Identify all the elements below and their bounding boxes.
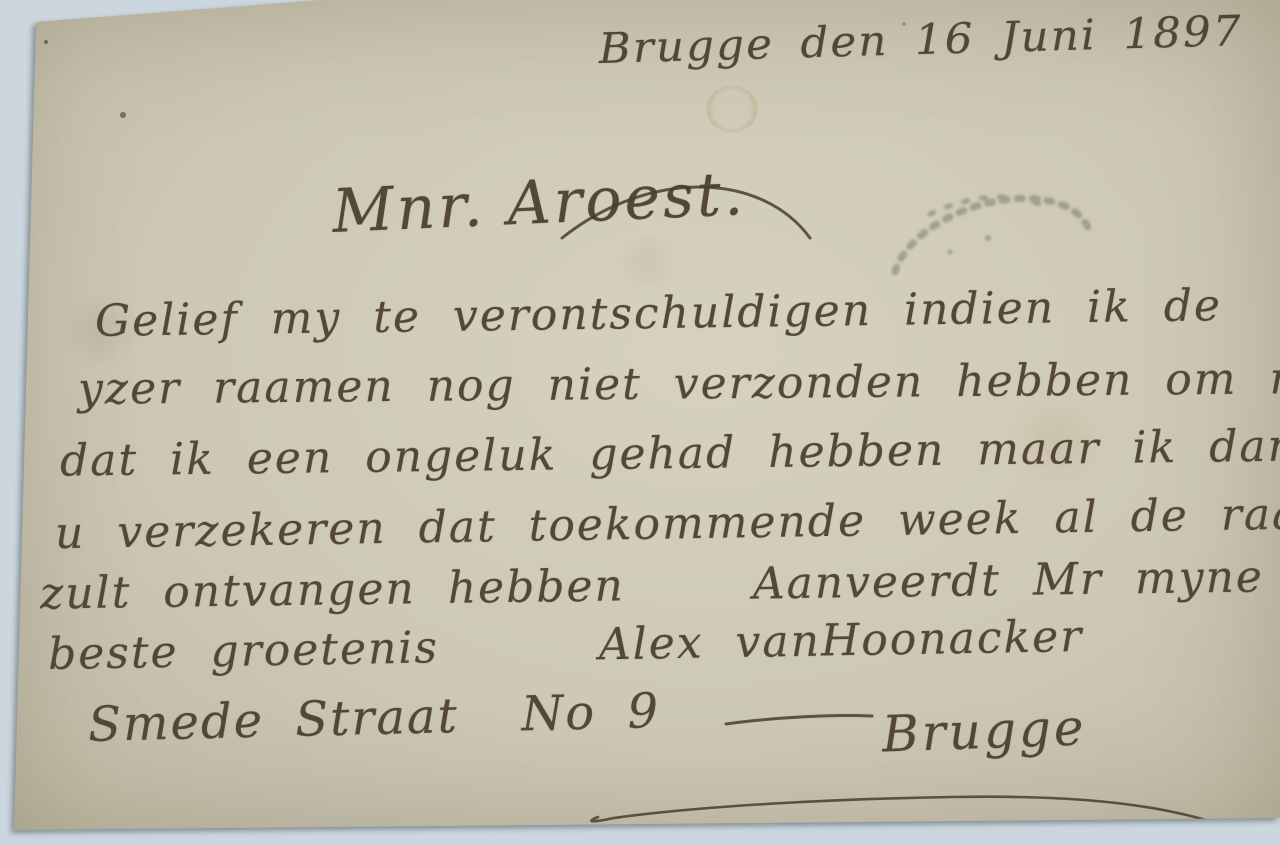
salutation: Mnr. Aroest. — [331, 159, 748, 247]
signature-city: Brugge — [881, 698, 1087, 763]
paper-stain — [612, 236, 682, 290]
address-line: Smede Straat No 9 — [87, 683, 660, 753]
body-line: zult ontvangen hebben Aanveerdt Mr myne — [40, 551, 1265, 619]
ink-speck — [120, 112, 126, 118]
dateline: Brugge den 16 Juni 1897 — [598, 6, 1243, 73]
body-line: dat ik een ongeluk gehad hebben maar ik … — [60, 420, 1280, 486]
paper-stain — [706, 86, 758, 132]
body-line: Gelief my te verontschuldigen indien ik … — [95, 280, 1223, 347]
ink-speck — [44, 40, 48, 44]
postcard-paper: Brugge den 16 Juni 1897 Mnr. Aroest. Gel… — [0, 0, 1280, 845]
postcard: Brugge den 16 Juni 1897 Mnr. Aroest. Gel… — [0, 0, 1280, 845]
body-line: beste groetenis Alex vanHoonacker — [48, 611, 1084, 680]
body-line: u verzekeren dat toekommende week al de … — [55, 488, 1280, 559]
body-line: yzer raamen nog niet verzonden hebben om… — [78, 352, 1280, 415]
postcard-photo: Brugge den 16 Juni 1897 Mnr. Aroest. Gel… — [0, 0, 1280, 845]
